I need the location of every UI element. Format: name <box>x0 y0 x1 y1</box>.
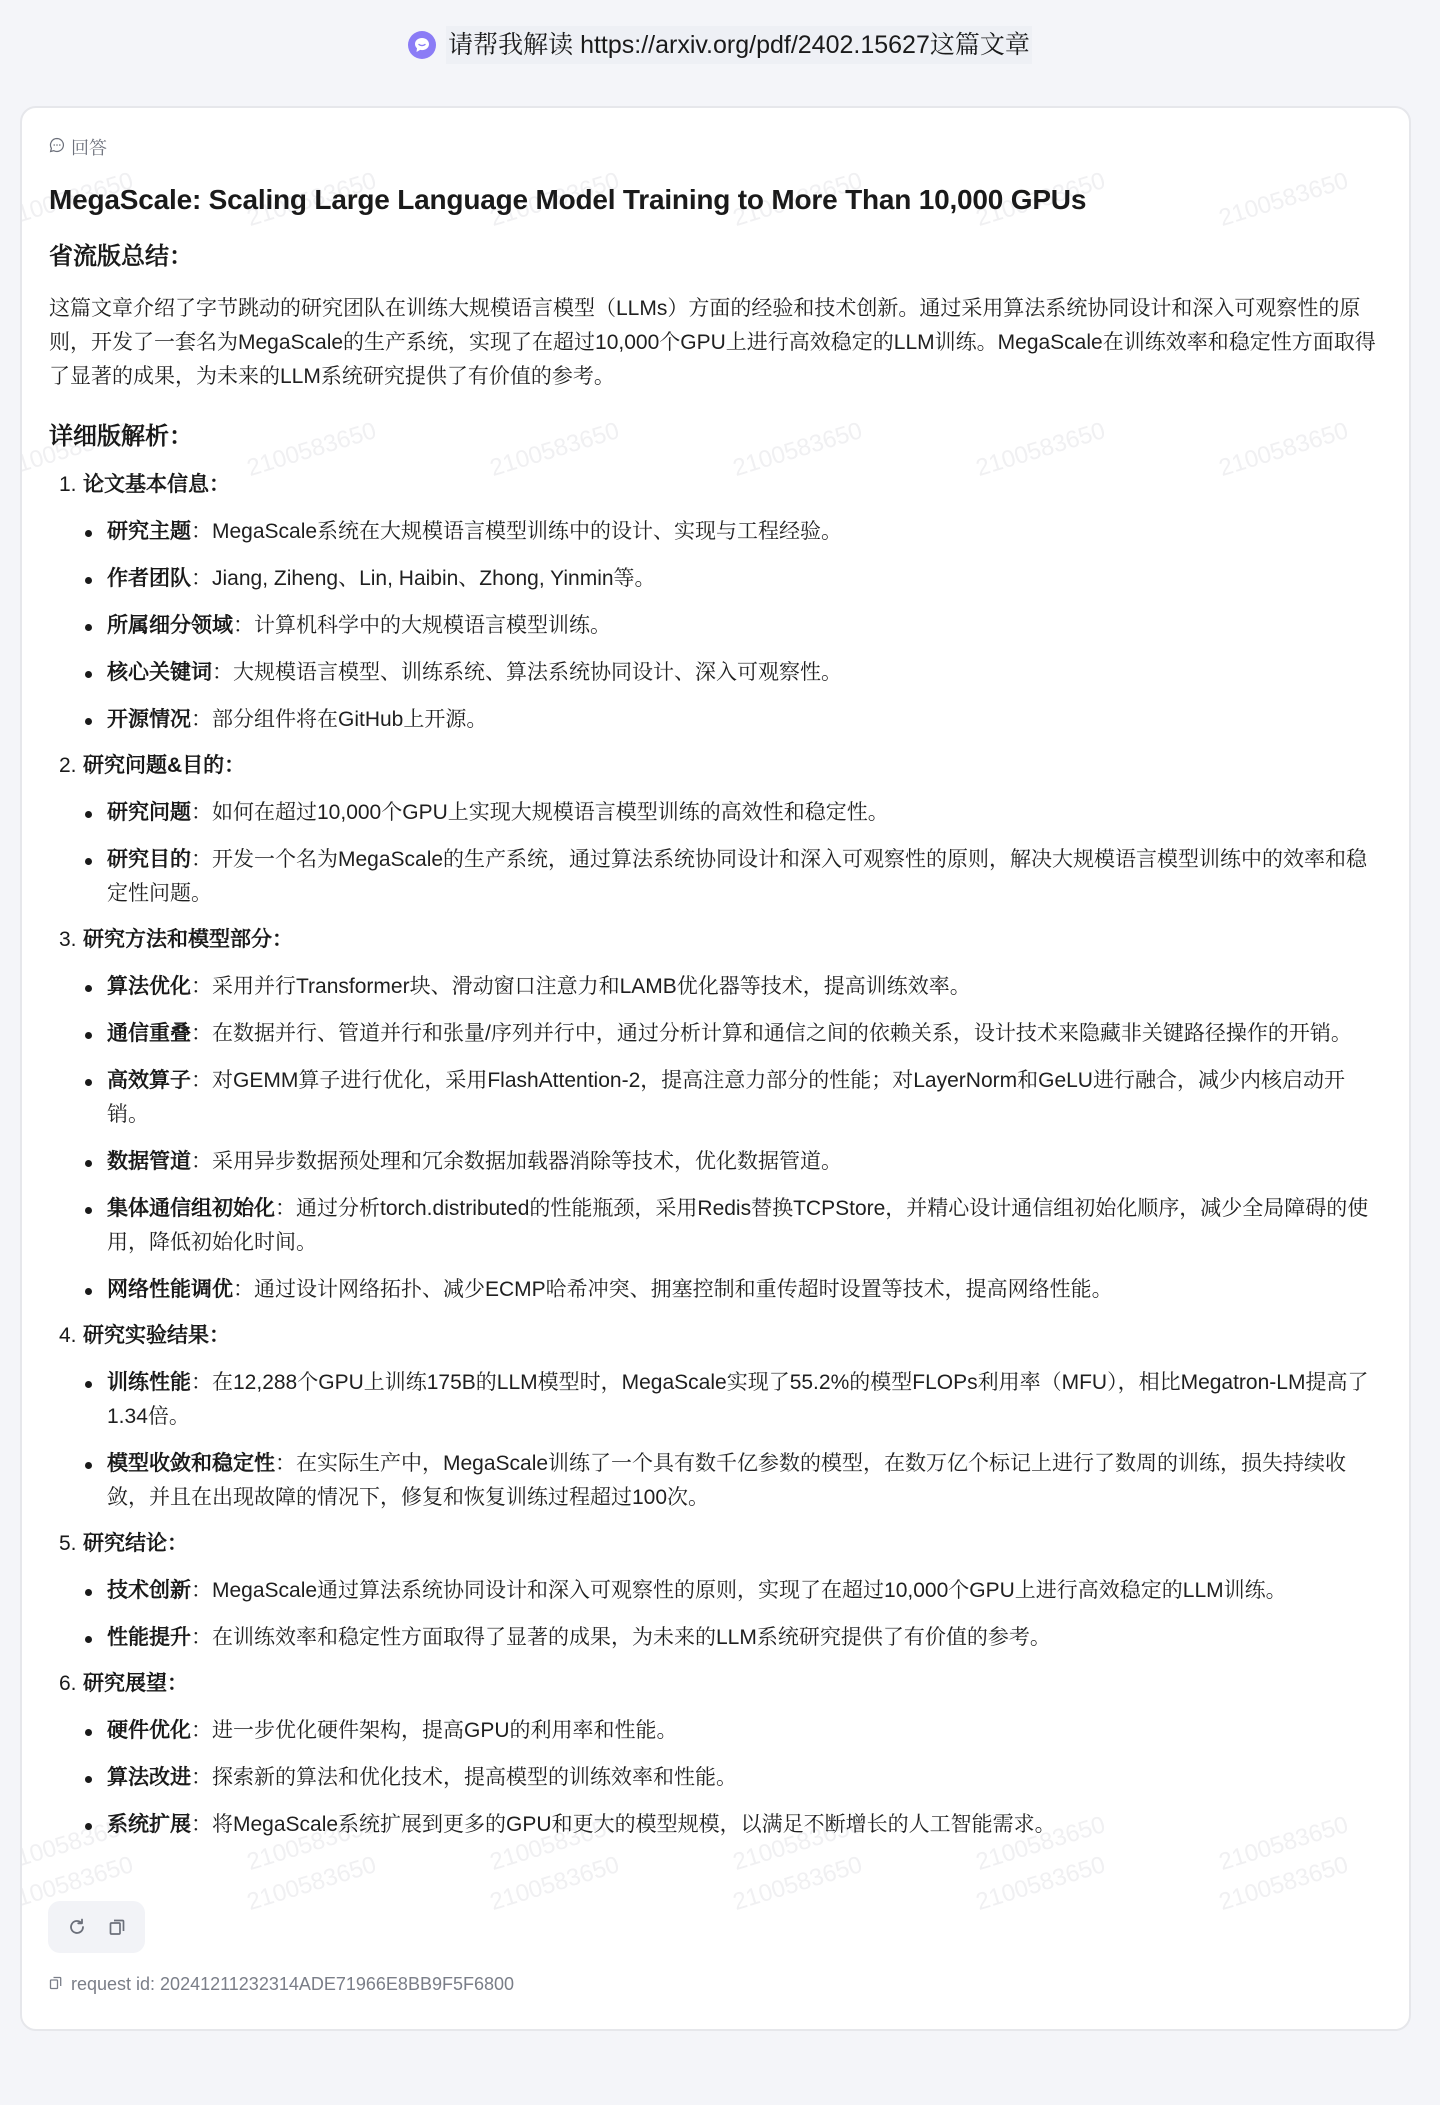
list-item: 训练性能：在12,288个GPU上训练175B的LLM模型时，MegaScale… <box>79 1366 1382 1434</box>
watermark-text: 2100583650 <box>244 1851 380 1917</box>
section-1: 1.论文基本信息：研究主题：MegaScale系统在大规模语言模型训练中的设计、… <box>49 468 1382 737</box>
bullet-text: 在数据并行、管道并行和张量/序列并行中，通过分析计算和通信之间的依赖关系，设计技… <box>212 1022 1352 1045</box>
bullet-label: 算法优化 <box>107 975 191 998</box>
bullet-text: MegaScale通过算法系统协同设计和深入可观察性的原则，实现了在超过10,0… <box>212 1579 1287 1602</box>
bullet-colon: ： <box>191 1579 212 1602</box>
bullet-colon: ： <box>233 1278 254 1301</box>
bullet-colon: ： <box>275 1452 296 1475</box>
section-heading: 6.研究展望： <box>49 1667 1382 1701</box>
bullet-text: 在12,288个GPU上训练175B的LLM模型时，MegaScale实现了55… <box>107 1371 1368 1428</box>
chat-dots-icon <box>49 137 65 158</box>
bullet-label: 通信重叠 <box>107 1022 191 1045</box>
section-number: 4. <box>49 1319 83 1353</box>
bullet-label: 数据管道 <box>107 1150 191 1173</box>
summary-paragraph: 这篇文章介绍了字节跳动的研究团队在训练大规模语言模型（LLMs）方面的经验和技术… <box>49 292 1382 394</box>
watermark-text: 2100583650 <box>973 1851 1109 1917</box>
user-query-bar: 请帮我解读 https://arxiv.org/pdf/2402.15627这篇… <box>0 26 1440 64</box>
bullet-text: 开发一个名为MegaScale的生产系统，通过算法系统协同设计和深入可观察性的原… <box>107 848 1367 905</box>
bullet-colon: ： <box>191 1719 212 1742</box>
answer-label: 回答 <box>49 134 1382 160</box>
bullet-text: 采用并行Transformer块、滑动窗口注意力和LAMB优化器等技术，提高训练… <box>212 975 971 998</box>
section-4: 4.研究实验结果：训练性能：在12,288个GPU上训练175B的LLM模型时，… <box>49 1319 1382 1515</box>
watermark-text: 2100583650 <box>730 1851 866 1917</box>
user-query-text: 请帮我解读 https://arxiv.org/pdf/2402.15627这篇… <box>446 26 1032 64</box>
list-item: 集体通信组初始化：通过分析torch.distributed的性能瓶颈，采用Re… <box>79 1192 1382 1260</box>
list-item: 开源情况：部分组件将在GitHub上开源。 <box>79 703 1382 737</box>
bullet-colon: ： <box>191 1813 212 1836</box>
section-bullets: 研究问题：如何在超过10,000个GPU上实现大规模语言模型训练的高效性和稳定性… <box>79 796 1382 911</box>
section-heading: 1.论文基本信息： <box>49 468 1382 502</box>
bullet-text: MegaScale系统在大规模语言模型训练中的设计、实现与工程经验。 <box>212 520 842 543</box>
answer-card: 2100583650210058365021005836502100583650… <box>20 106 1411 2031</box>
list-item: 所属细分领域：计算机科学中的大规模语言模型训练。 <box>79 609 1382 643</box>
section-number: 6. <box>49 1667 83 1701</box>
list-item: 作者团队：Jiang, Ziheng、Lin, Haibin、Zhong, Yi… <box>79 562 1382 596</box>
bullet-label: 集体通信组初始化 <box>107 1197 275 1220</box>
bullet-label: 硬件优化 <box>107 1719 191 1742</box>
bullet-label: 训练性能 <box>107 1371 191 1394</box>
bullet-text: Jiang, Ziheng、Lin, Haibin、Zhong, Yinmin等… <box>212 567 656 590</box>
detail-heading: 详细版解析： <box>49 420 1382 454</box>
section-title: 研究结论： <box>83 1527 188 1561</box>
section-heading: 2.研究问题&目的： <box>49 749 1382 783</box>
bullet-label: 研究目的 <box>107 848 191 871</box>
list-item: 研究主题：MegaScale系统在大规模语言模型训练中的设计、实现与工程经验。 <box>79 515 1382 549</box>
section-heading: 5.研究结论： <box>49 1527 1382 1561</box>
watermark-text: 2100583650 <box>1216 1851 1352 1917</box>
list-item: 硬件优化：进一步优化硬件架构，提高GPU的利用率和性能。 <box>79 1714 1382 1748</box>
bullet-colon: ： <box>191 567 212 590</box>
bullet-label: 研究主题 <box>107 520 191 543</box>
bullet-label: 研究问题 <box>107 801 191 824</box>
bullet-label: 所属细分领域 <box>107 614 233 637</box>
list-item: 网络性能调优：通过设计网络拓扑、减少ECMP哈希冲突、拥塞控制和重传超时设置等技… <box>79 1273 1382 1307</box>
bullet-label: 性能提升 <box>107 1626 191 1649</box>
bullet-colon: ： <box>191 1150 212 1173</box>
bullet-colon: ： <box>191 1766 212 1789</box>
bullet-colon: ： <box>191 848 212 871</box>
bullet-text: 在训练效率和稳定性方面取得了显著的成果，为未来的LLM系统研究提供了有价值的参考… <box>212 1626 1051 1649</box>
bullet-colon: ： <box>275 1197 296 1220</box>
bullet-text: 将MegaScale系统扩展到更多的GPU和更大的模型规模，以满足不断增长的人工… <box>212 1813 1056 1836</box>
bullet-label: 高效算子 <box>107 1069 191 1092</box>
request-id: request id: 20241211232314ADE71966E8BB9F… <box>49 1974 514 1995</box>
list-item: 高效算子：对GEMM算子进行优化，采用FlashAttention-2，提高注意… <box>79 1064 1382 1132</box>
bullet-text: 采用异步数据预处理和冗余数据加载器消除等技术，优化数据管道。 <box>212 1150 842 1173</box>
section-5: 5.研究结论：技术创新：MegaScale通过算法系统协同设计和深入可观察性的原… <box>49 1527 1382 1655</box>
paper-title: MegaScale: Scaling Large Language Model … <box>49 182 1382 218</box>
copy-icon[interactable] <box>106 1916 128 1938</box>
bullet-colon: ： <box>191 1626 212 1649</box>
section-title: 研究方法和模型部分： <box>83 923 293 957</box>
section-title: 研究展望： <box>83 1667 188 1701</box>
answer-actions <box>48 1901 145 1953</box>
section-bullets: 研究主题：MegaScale系统在大规模语言模型训练中的设计、实现与工程经验。作… <box>79 515 1382 737</box>
list-item: 研究问题：如何在超过10,000个GPU上实现大规模语言模型训练的高效性和稳定性… <box>79 796 1382 830</box>
bullet-colon: ： <box>191 1022 212 1045</box>
section-number: 2. <box>49 749 83 783</box>
section-title: 论文基本信息： <box>83 468 230 502</box>
section-title: 研究问题&目的： <box>83 749 245 783</box>
answer-content: 回答 MegaScale: Scaling Large Language Mod… <box>49 134 1382 1842</box>
section-number: 5. <box>49 1527 83 1561</box>
chat-bubble-icon <box>408 31 436 59</box>
bullet-label: 核心关键词 <box>107 661 212 684</box>
list-item: 数据管道：采用异步数据预处理和冗余数据加载器消除等技术，优化数据管道。 <box>79 1145 1382 1179</box>
section-title: 研究实验结果： <box>83 1319 230 1353</box>
bullet-text: 对GEMM算子进行优化，采用FlashAttention-2，提高注意力部分的性… <box>107 1069 1345 1126</box>
list-item: 核心关键词：大规模语言模型、训练系统、算法系统协同设计、深入可观察性。 <box>79 656 1382 690</box>
bullet-colon: ： <box>191 801 212 824</box>
bullet-text: 通过分析torch.distributed的性能瓶颈，采用Redis替换TCPS… <box>107 1197 1368 1254</box>
request-id-text: request id: 20241211232314ADE71966E8BB9F… <box>71 1974 514 1995</box>
list-item: 技术创新：MegaScale通过算法系统协同设计和深入可观察性的原则，实现了在超… <box>79 1574 1382 1608</box>
summary-heading: 省流版总结： <box>49 240 1382 274</box>
bullet-colon: ： <box>191 520 212 543</box>
copy-icon[interactable] <box>49 1974 63 1995</box>
list-item: 算法优化：采用并行Transformer块、滑动窗口注意力和LAMB优化器等技术… <box>79 970 1382 1004</box>
section-bullets: 训练性能：在12,288个GPU上训练175B的LLM模型时，MegaScale… <box>79 1366 1382 1515</box>
refresh-icon[interactable] <box>66 1916 88 1938</box>
bullet-colon: ： <box>212 661 233 684</box>
list-item: 系统扩展：将MegaScale系统扩展到更多的GPU和更大的模型规模，以满足不断… <box>79 1808 1382 1842</box>
bullet-colon: ： <box>191 975 212 998</box>
watermark-text: 2100583650 <box>487 1851 623 1917</box>
bullet-label: 作者团队 <box>107 567 191 590</box>
bullet-text: 如何在超过10,000个GPU上实现大规模语言模型训练的高效性和稳定性。 <box>212 801 889 824</box>
section-number: 3. <box>49 923 83 957</box>
section-heading: 4.研究实验结果： <box>49 1319 1382 1353</box>
section-bullets: 硬件优化：进一步优化硬件架构，提高GPU的利用率和性能。算法改进：探索新的算法和… <box>79 1714 1382 1842</box>
bullet-text: 通过设计网络拓扑、减少ECMP哈希冲突、拥塞控制和重传超时设置等技术，提高网络性… <box>254 1278 1113 1301</box>
section-3: 3.研究方法和模型部分：算法优化：采用并行Transformer块、滑动窗口注意… <box>49 923 1382 1307</box>
list-item: 性能提升：在训练效率和稳定性方面取得了显著的成果，为未来的LLM系统研究提供了有… <box>79 1621 1382 1655</box>
bullet-text: 计算机科学中的大规模语言模型训练。 <box>254 614 611 637</box>
list-item: 模型收敛和稳定性：在实际生产中，MegaScale训练了一个具有数千亿参数的模型… <box>79 1447 1382 1515</box>
detail-sections: 1.论文基本信息：研究主题：MegaScale系统在大规模语言模型训练中的设计、… <box>49 468 1382 1842</box>
section-bullets: 技术创新：MegaScale通过算法系统协同设计和深入可观察性的原则，实现了在超… <box>79 1574 1382 1655</box>
list-item: 通信重叠：在数据并行、管道并行和张量/序列并行中，通过分析计算和通信之间的依赖关… <box>79 1017 1382 1051</box>
bullet-label: 系统扩展 <box>107 1813 191 1836</box>
bullet-label: 算法改进 <box>107 1766 191 1789</box>
bullet-colon: ： <box>191 1069 212 1092</box>
bullet-text: 探索新的算法和优化技术，提高模型的训练效率和性能。 <box>212 1766 737 1789</box>
bullet-colon: ： <box>191 708 212 731</box>
bullet-label: 技术创新 <box>107 1579 191 1602</box>
section-bullets: 算法优化：采用并行Transformer块、滑动窗口注意力和LAMB优化器等技术… <box>79 970 1382 1307</box>
section-6: 6.研究展望：硬件优化：进一步优化硬件架构，提高GPU的利用率和性能。算法改进：… <box>49 1667 1382 1842</box>
bullet-text: 进一步优化硬件架构，提高GPU的利用率和性能。 <box>212 1719 678 1742</box>
bullet-label: 模型收敛和稳定性 <box>107 1452 275 1475</box>
bullet-label: 开源情况 <box>107 708 191 731</box>
section-heading: 3.研究方法和模型部分： <box>49 923 1382 957</box>
answer-label-text: 回答 <box>71 134 107 160</box>
bullet-text: 大规模语言模型、训练系统、算法系统协同设计、深入可观察性。 <box>233 661 842 684</box>
section-2: 2.研究问题&目的：研究问题：如何在超过10,000个GPU上实现大规模语言模型… <box>49 749 1382 911</box>
bullet-colon: ： <box>233 614 254 637</box>
bullet-label: 网络性能调优 <box>107 1278 233 1301</box>
list-item: 算法改进：探索新的算法和优化技术，提高模型的训练效率和性能。 <box>79 1761 1382 1795</box>
list-item: 研究目的：开发一个名为MegaScale的生产系统，通过算法系统协同设计和深入可… <box>79 843 1382 911</box>
bullet-text: 部分组件将在GitHub上开源。 <box>212 708 487 731</box>
bullet-colon: ： <box>191 1371 212 1394</box>
section-number: 1. <box>49 468 83 502</box>
